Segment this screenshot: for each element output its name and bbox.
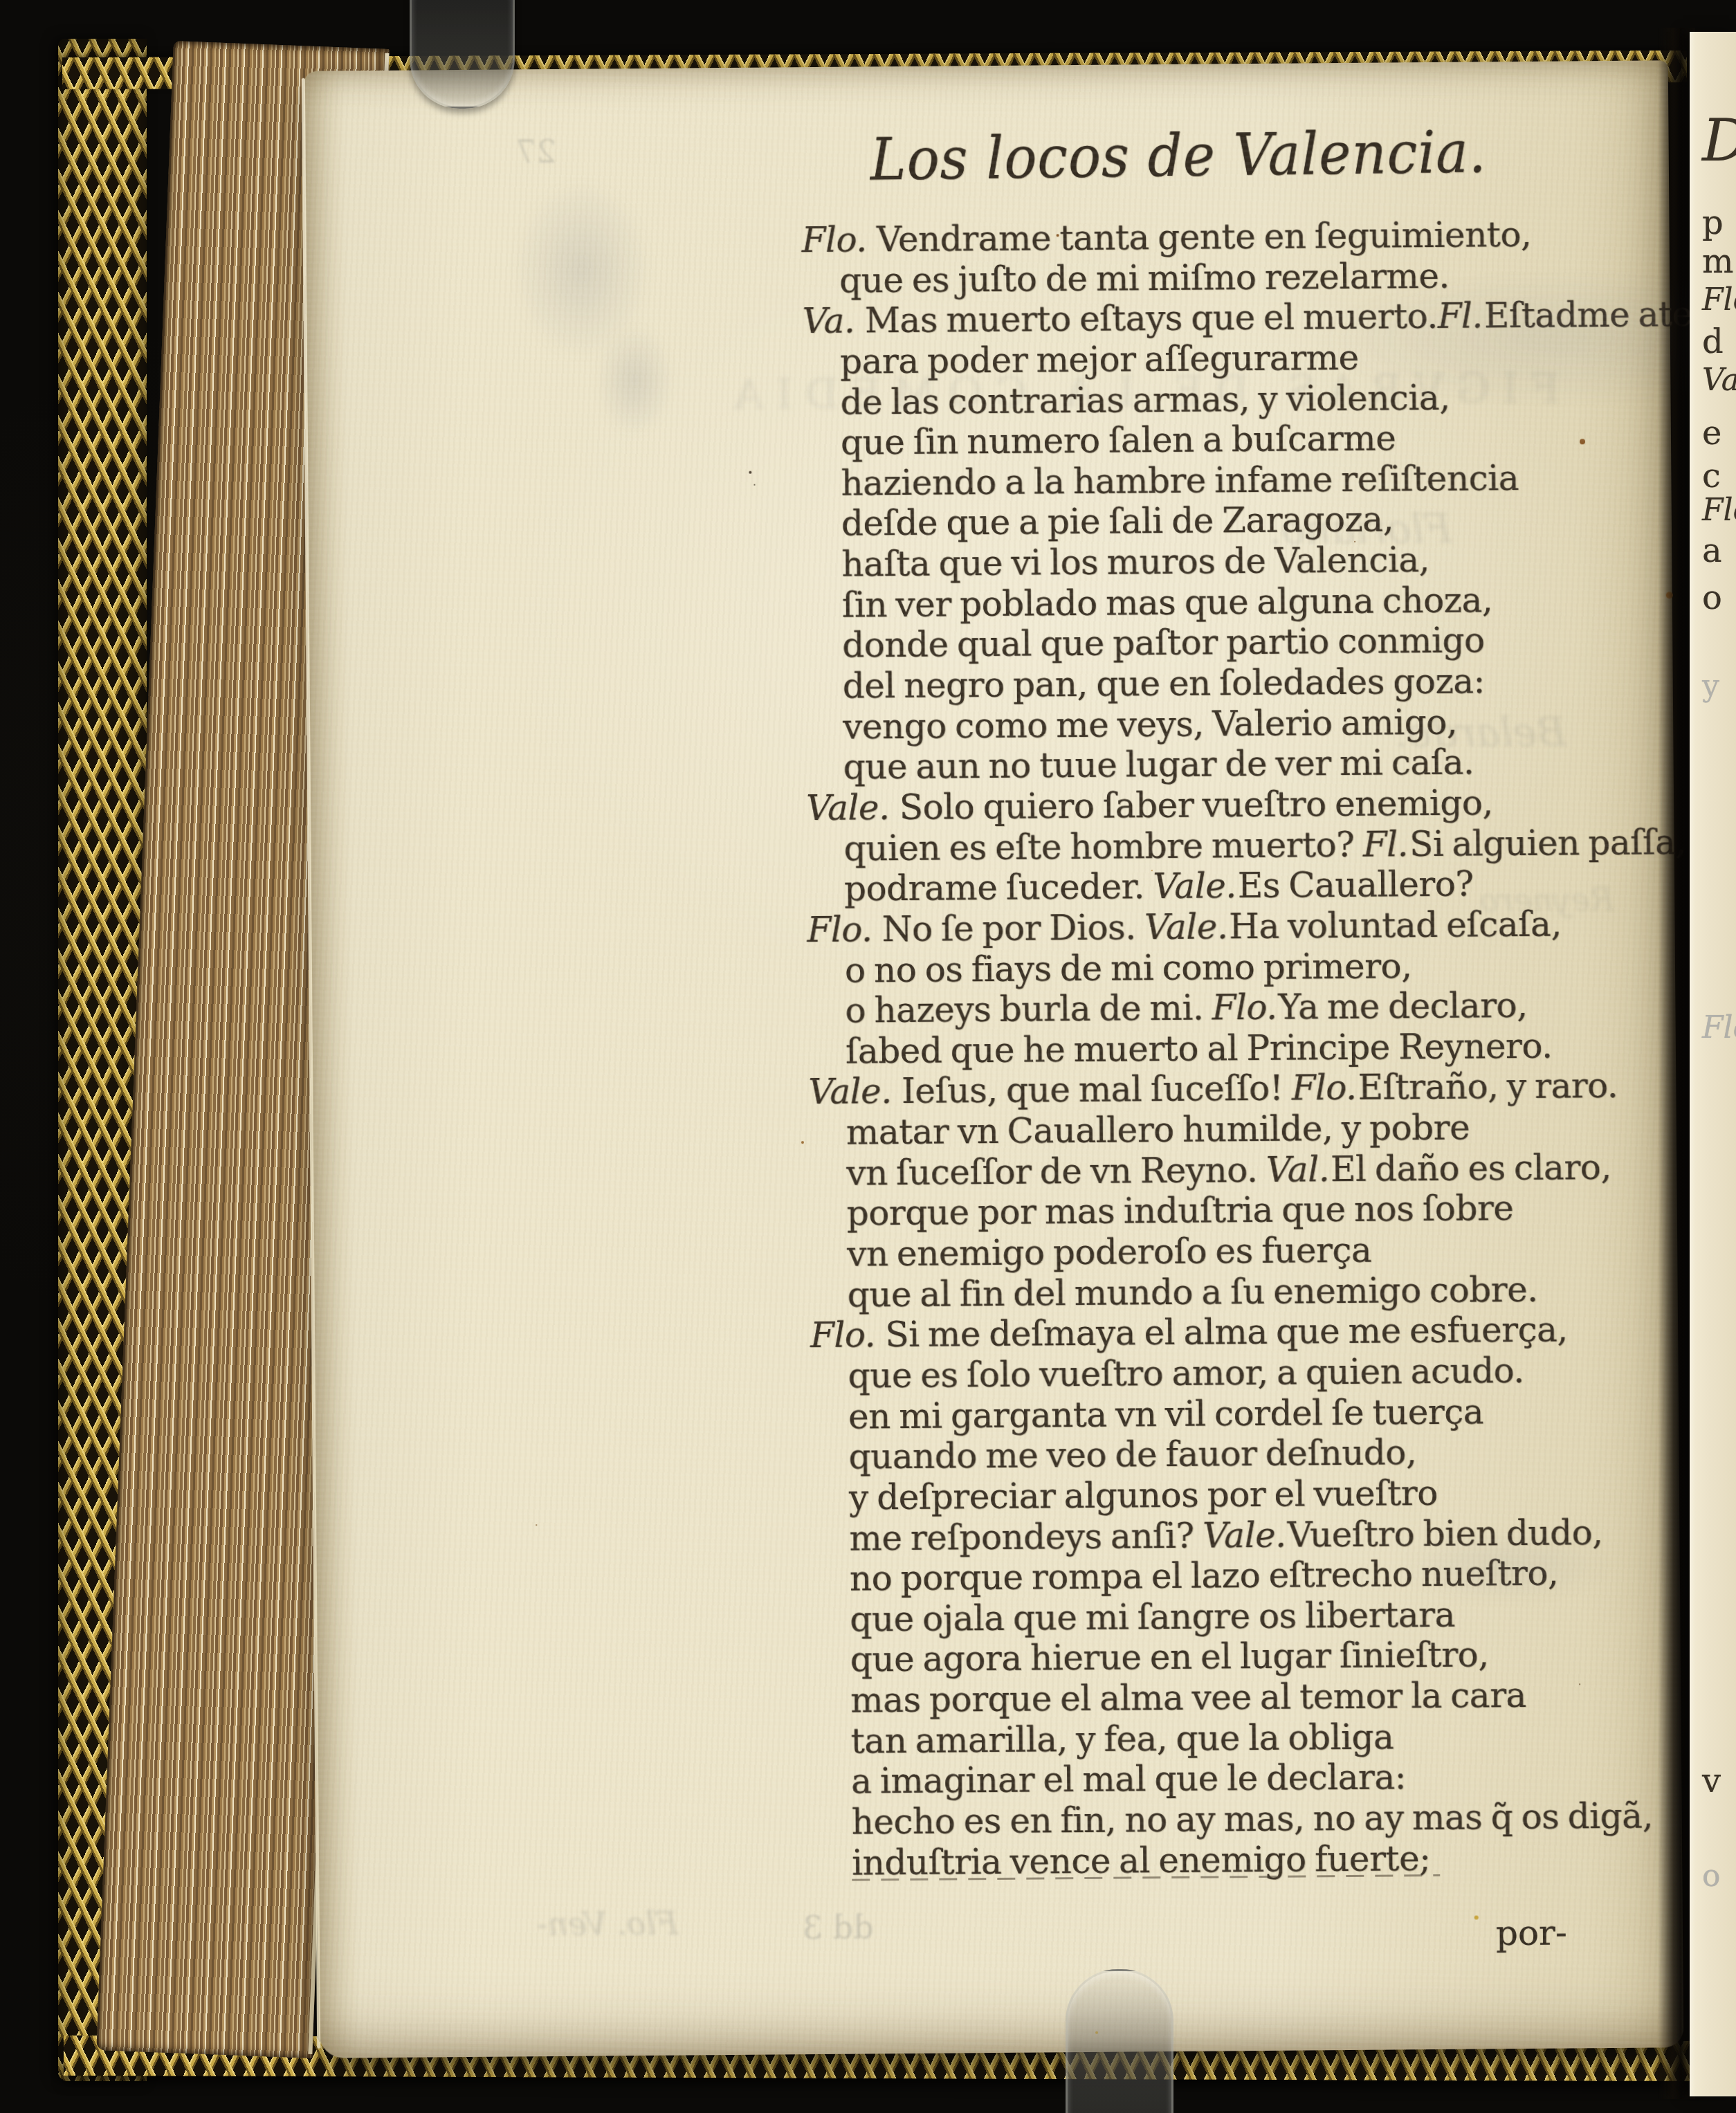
verse-line: Flo. Si me deſmaya el alma que me esfuer…: [810, 1308, 1736, 1356]
verse-text: me reſpondeys anſi?: [849, 1515, 1203, 1558]
speaker-label: Flo.: [1212, 987, 1278, 1028]
verse-line: que agora hierue en el lugar ſinieſtro,: [813, 1633, 1736, 1681]
facing-page-text-fragment: y: [1702, 668, 1719, 704]
speaker-label: Flo.: [1292, 1068, 1358, 1108]
verse-text-block: Flo. Vendrame tanta gente en ſeguimiento…: [801, 212, 1736, 1883]
verse-text: en mi garganta vn vil cordel ſe tuerça: [848, 1391, 1483, 1436]
facing-page-text-fragment: d: [1702, 322, 1724, 361]
foxing-spots: [304, 71, 309, 77]
verse-line: que al fin del mundo a ſu enemigo cobre.: [810, 1268, 1736, 1315]
verse-text: que agora hierue en el lugar ſinieſtro,: [850, 1635, 1489, 1680]
verse-line: vengo como me veys, Valerio amigo,: [805, 699, 1736, 747]
bleedthrough-smudge: [596, 324, 673, 436]
verse-line: que es ſolo vueſtro amor, a quien acudo.: [810, 1348, 1736, 1396]
verse-line: vn enemigo poderoſo es fuerça: [810, 1227, 1736, 1274]
verse-line: del negro pan, que en ſoledades goza:: [805, 659, 1736, 706]
verse-text: Si me deſmaya el alma que me esfuerça,: [885, 1310, 1568, 1355]
verse-text: vengo como me veys, Valerio amigo,: [843, 702, 1457, 747]
verse-text: No ſe por Dios.: [881, 907, 1144, 949]
verse-text: que ſin numero ſalen a buſcarme: [841, 419, 1396, 463]
speaker-label: Vale.: [1144, 906, 1230, 947]
verse-text: Vendrame tanta gente en ſeguimiento,: [877, 214, 1532, 259]
verse-text: que es ſolo vueſtro amor, a quien acudo.: [848, 1351, 1524, 1396]
verse-text: Ieſus, que mal ſuceſſo!: [902, 1068, 1292, 1111]
facing-page-text-fragment: p: [1702, 203, 1724, 242]
verse-text: o hazeys burla de mi.: [845, 988, 1212, 1031]
verse-line: vn ſuceſſor de vn Reyno. Val.El daño es …: [809, 1146, 1736, 1193]
verse-text: ſin ver poblado mas que alguna choza,: [842, 580, 1493, 625]
bleedthrough-text: Floriano.: [1269, 505, 1452, 554]
book-page: Los locos de Valencia. Flo. Vendrame tan…: [304, 60, 1683, 2058]
facing-page-text-fragment: D: [1702, 107, 1736, 174]
speaker-label: Flo.: [807, 909, 882, 950]
verse-text: mas porque el alma vee al temor la cara: [850, 1675, 1526, 1721]
verse-text: El daño es claro,: [1331, 1147, 1611, 1189]
verse-line: que ojala que mi ſangre os libertara: [812, 1592, 1736, 1640]
facing-page-text-fragment: a: [1702, 531, 1722, 570]
verse-line: haziendo a la hambre infame reſiſtencia: [803, 456, 1736, 504]
verse-line: en mi garganta vn vil cordel ſe tuerça: [811, 1389, 1736, 1437]
verse-text: donde qual que paſtor partio conmigo: [842, 621, 1485, 666]
facing-page-text-fragment: v: [1702, 1762, 1721, 1800]
verse-line: y deſpreciar algunos por el vueſtro: [812, 1470, 1736, 1518]
speaker-label: Flo.: [810, 1315, 886, 1356]
verse-line: que ſin numero ſalen a buſcarme: [803, 416, 1736, 464]
bleedthrough-text: Belardo.: [1395, 708, 1566, 756]
verse-line: mas porque el alma vee al temor la cara: [813, 1673, 1736, 1721]
verse-text: del negro pan, que en ſoledades goza:: [843, 661, 1486, 706]
speaker-label: Flo.: [801, 219, 877, 260]
speaker-label: Vale.: [806, 787, 899, 828]
verse-text: podrame ſuceder.: [844, 866, 1153, 909]
speaker-label: Va.: [802, 301, 865, 342]
facing-page-text-fragment: Flo: [1702, 1010, 1736, 1045]
facing-page-text-fragment: m: [1702, 242, 1734, 281]
verse-line: Flo. Vendrame tanta gente en ſeguimiento…: [801, 212, 1736, 260]
speaker-label: Vale.: [1203, 1515, 1288, 1555]
verse-text: Es Cauallero?: [1237, 864, 1473, 906]
verse-text: que al fin del mundo a ſu enemigo cobre.: [847, 1269, 1537, 1315]
facing-page-sliver: DpmFlo.dValeecFlo.aoyFlovo: [1690, 32, 1736, 2096]
verse-text: tan amarilla, y fea, que la obliga: [851, 1717, 1394, 1761]
verse-text: induſtria vence al enemigo fuerte;: [852, 1838, 1431, 1883]
verse-text: Solo quiero ſaber vueſtro enemigo,: [899, 783, 1493, 827]
verse-line: o hazeys burla de mi. Flo.Ya me declaro,: [807, 984, 1736, 1032]
verse-line: tan amarilla, y fea, que la obliga: [814, 1714, 1736, 1762]
bleedthrough-text: dd 3: [803, 1908, 874, 1946]
catchword: por-: [1496, 1913, 1567, 1954]
verse-text: Eſtraño, y raro.: [1358, 1065, 1618, 1108]
verse-line: quando me veo de fauor deſnudo,: [811, 1430, 1736, 1478]
verse-line: induſtria vence al enemigo fuerte;: [814, 1836, 1736, 1883]
verse-text: matar vn Cauallero humilde, y pobre: [846, 1108, 1470, 1153]
photo-of-open-book: Los locos de Valencia. Flo. Vendrame tan…: [0, 0, 1736, 2113]
verse-line: quien es eſte hombre muerto? Fl.Si algui…: [806, 821, 1736, 869]
verse-line: o no os fiays de mi como primero,: [807, 943, 1736, 991]
verse-text: o no os fiays de mi como primero,: [845, 946, 1412, 990]
facing-page-text-fragment: Vale: [1702, 363, 1736, 398]
verse-text: vn enemigo poderoſo es fuerça: [847, 1230, 1371, 1274]
facing-page-text-fragment: Flo.: [1702, 282, 1736, 318]
verse-text: quien es eſte hombre muerto?: [843, 824, 1363, 868]
facing-page-text-fragment: Flo.: [1702, 493, 1736, 528]
speaker-label: Vale.: [1153, 866, 1238, 906]
transparent-holding-strip-top: [410, 0, 515, 109]
verse-text: Ya me declaro,: [1278, 985, 1527, 1027]
verse-text: y deſpreciar algunos por el vueſtro: [849, 1473, 1438, 1518]
facing-page-text-fragment: o: [1702, 1858, 1721, 1894]
verse-line: matar vn Cauallero humilde, y pobre: [809, 1105, 1736, 1153]
verse-text: haziendo a la hambre infame reſiſtencia: [841, 458, 1519, 504]
speaker-label: Val.: [1266, 1149, 1331, 1190]
verse-text: a imaginar el mal que le declara:: [851, 1757, 1406, 1802]
verse-text: que aun no tuue lugar de ver mi caſa.: [843, 742, 1474, 787]
facing-page-text-fragment: c: [1702, 457, 1721, 495]
facing-page-text-fragment: e: [1702, 414, 1721, 452]
transparent-holding-strip-bottom: [1066, 1969, 1173, 2113]
verse-line: donde qual que paſtor partio conmigo: [805, 619, 1736, 666]
page-title: Los locos de Valencia.: [870, 119, 1487, 194]
verse-line: ſabed que he muerto al Principe Reynero.: [808, 1024, 1736, 1072]
verse-line: a imaginar el mal que le declara:: [814, 1755, 1736, 1802]
verse-text: hecho es en fin, no ay mas, no ay mas q̃…: [851, 1796, 1653, 1842]
verse-line: hecho es en fin, no ay mas, no ay mas q̃…: [814, 1795, 1736, 1842]
verse-line: Vale. Ieſus, que mal ſuceſſo! Flo.Eſtrañ…: [808, 1065, 1736, 1113]
bleedthrough-text: 27: [515, 133, 556, 170]
verse-text: ſabed que he muerto al Principe Reynero.: [846, 1025, 1553, 1071]
verse-line: que aun no tuue lugar de ver mi caſa.: [805, 740, 1736, 788]
verse-text: quando me veo de fauor deſnudo,: [848, 1432, 1416, 1476]
verse-text: vn ſuceſſor de vn Reyno.: [846, 1150, 1266, 1193]
speaker-label: Vale.: [808, 1071, 902, 1112]
bleedthrough-text: Reynero: [1479, 881, 1614, 920]
verse-text: que es juſto de mi miſmo rezelarme.: [839, 255, 1450, 300]
verse-text: Si alguien paſſa,: [1409, 822, 1686, 864]
verse-text: porque por mas induſtria que nos ſobre: [847, 1188, 1514, 1234]
verse-line: Vale. Solo quiero ſaber vueſtro enemigo,: [806, 780, 1736, 828]
verse-text: que ojala que mi ſangre os libertara: [850, 1595, 1455, 1640]
bleedthrough-text: Flo. Ven-: [537, 1905, 679, 1943]
speaker-label: Fl.: [1363, 824, 1410, 865]
verse-line: porque por mas induſtria que nos ſobre: [810, 1187, 1736, 1234]
verse-line: ſin ver poblado mas que alguna choza,: [805, 578, 1736, 625]
facing-page-text-fragment: o: [1702, 578, 1722, 617]
